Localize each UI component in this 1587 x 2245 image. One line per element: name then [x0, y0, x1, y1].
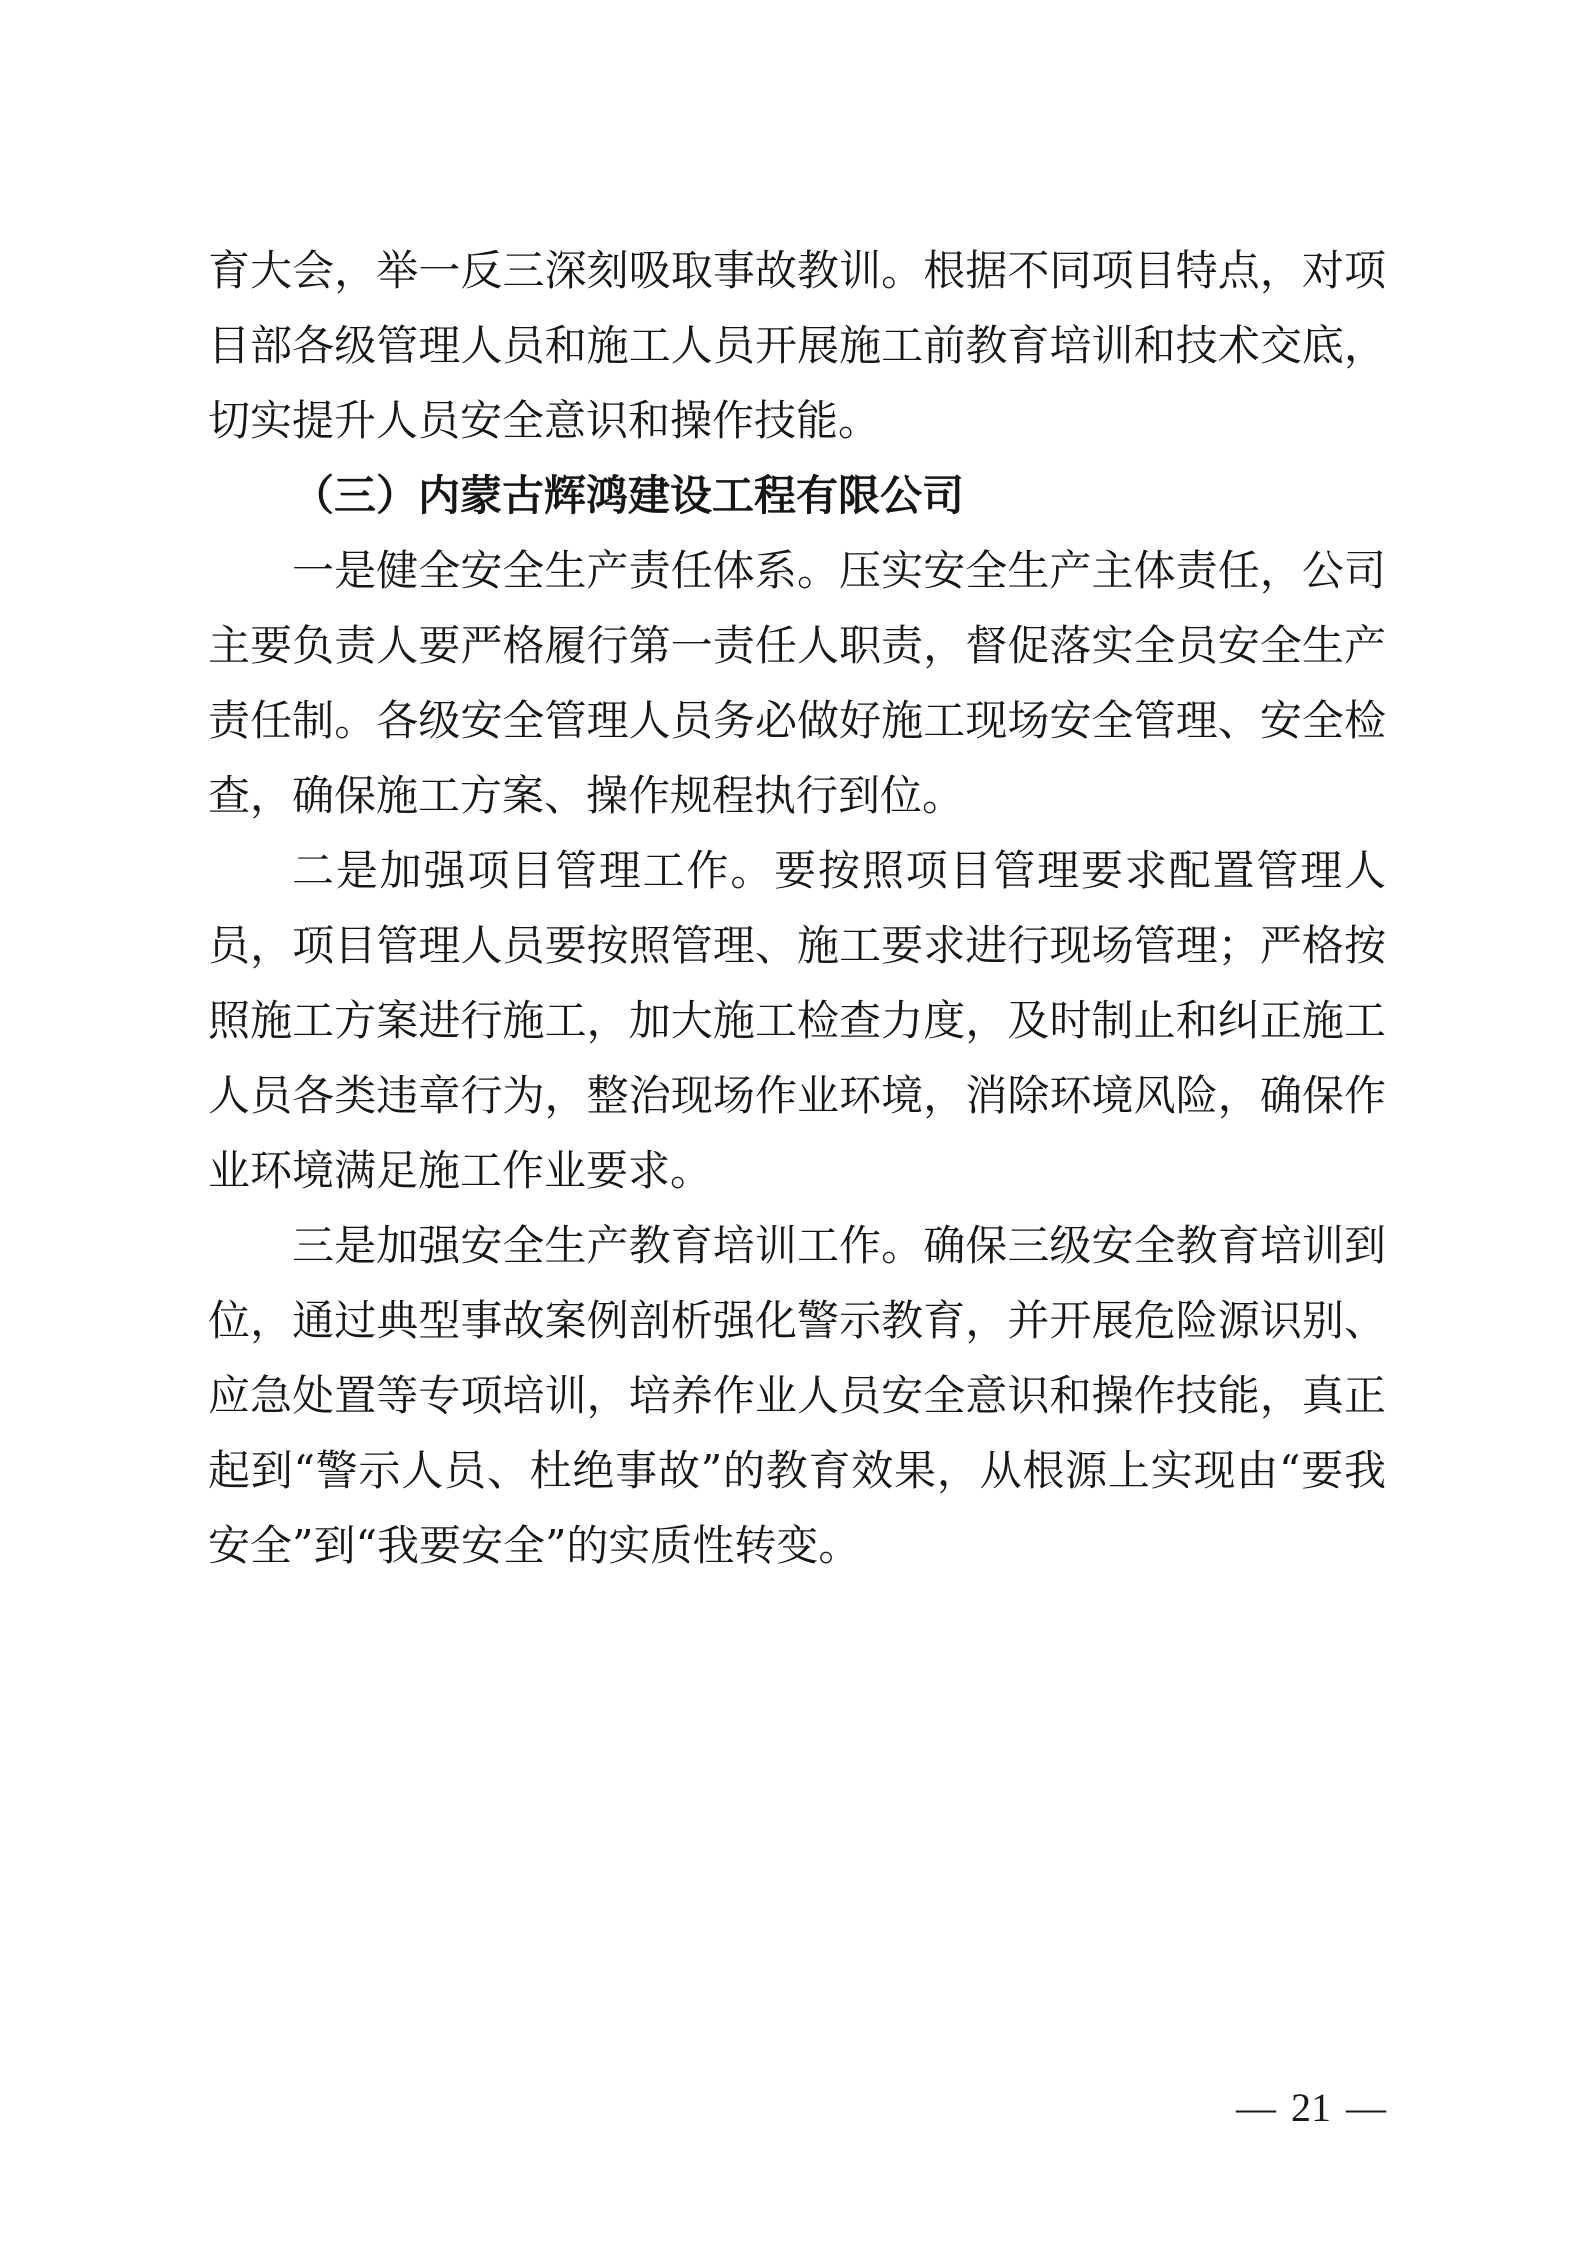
point-two-paragraph-line-2: 员，项目管理人员要按照管理、施工要求进行现场管理；严格按: [208, 908, 1386, 983]
page-footer: — 21 —: [1236, 2082, 1386, 2132]
point-three-paragraph-line-4: 起到“警示人员、杜绝事故”的教育效果，从根源上实现由“要我: [208, 1433, 1386, 1508]
point-two-paragraph-line-3: 照施工方案进行施工，加大施工检查力度，及时制止和纠正施工: [208, 983, 1386, 1058]
section-heading-line-1: （三）内蒙古辉鸿建设工程有限公司: [208, 458, 1386, 533]
point-three-paragraph-line-5: 安全”到“我要安全”的实质性转变。: [208, 1508, 1386, 1583]
footer-dash-right: —: [1346, 2084, 1386, 2131]
page-number: 21: [1291, 2084, 1331, 2131]
footer-dash-left: —: [1236, 2084, 1276, 2131]
document-page: 育大会，举一反三深刻吸取事故教训。根据不同项目特点，对项目部各级管理人员和施工人…: [0, 0, 1587, 2245]
document-body: 育大会，举一反三深刻吸取事故教训。根据不同项目特点，对项目部各级管理人员和施工人…: [208, 233, 1386, 1583]
point-three-paragraph-line-2: 位，通过典型事故案例剖析强化警示教育，并开展危险源识别、: [208, 1283, 1386, 1358]
point-two-paragraph-line-4: 人员各类违章行为，整治现场作业环境，消除环境风险，确保作: [208, 1058, 1386, 1133]
continuation-paragraph-line-2: 目部各级管理人员和施工人员开展施工前教育培训和技术交底，: [208, 308, 1386, 383]
continuation-paragraph-line-3: 切实提升人员安全意识和操作技能。: [208, 383, 1386, 458]
point-two-paragraph-line-5: 业环境满足施工作业要求。: [208, 1133, 1386, 1208]
point-three-paragraph-line-1: 三是加强安全生产教育培训工作。确保三级安全教育培训到: [208, 1208, 1386, 1283]
point-one-paragraph-line-1: 一是健全安全生产责任体系。压实安全生产主体责任，公司: [208, 533, 1386, 608]
continuation-paragraph-line-1: 育大会，举一反三深刻吸取事故教训。根据不同项目特点，对项: [208, 233, 1386, 308]
point-one-paragraph-line-3: 责任制。各级安全管理人员务必做好施工现场安全管理、安全检: [208, 683, 1386, 758]
point-one-paragraph-line-4: 查，确保施工方案、操作规程执行到位。: [208, 758, 1386, 833]
point-two-paragraph-line-1: 二是加强项目管理工作。要按照项目管理要求配置管理人: [208, 833, 1386, 908]
point-one-paragraph-line-2: 主要负责人要严格履行第一责任人职责，督促落实全员安全生产: [208, 608, 1386, 683]
point-three-paragraph-line-3: 应急处置等专项培训，培养作业人员安全意识和操作技能，真正: [208, 1358, 1386, 1433]
